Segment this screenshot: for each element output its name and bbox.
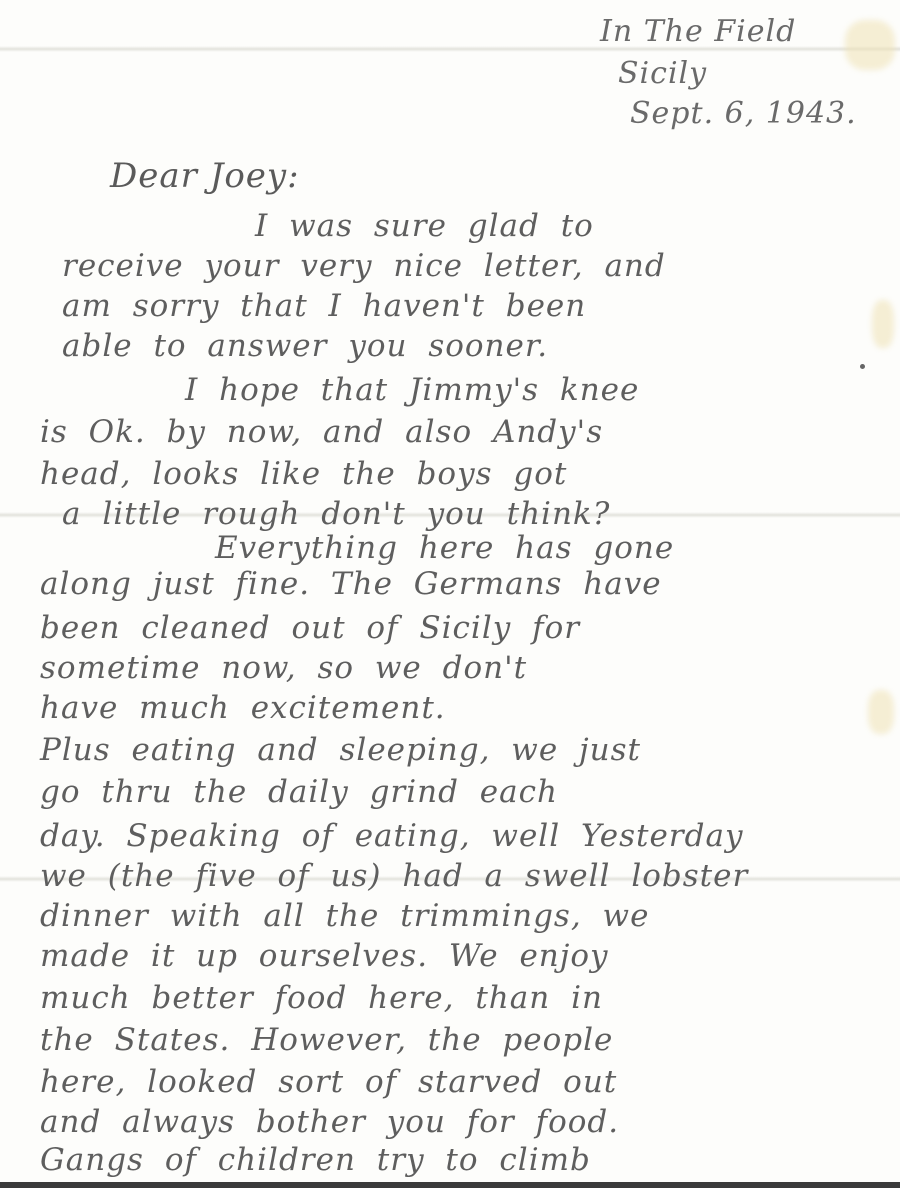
- body-line: head, looks like the boys got: [40, 456, 567, 492]
- body-line: sometime now, so we don't: [40, 650, 527, 686]
- letter-paper: In The Field Sicily Sept. 6, 1943. Dear …: [0, 0, 900, 1182]
- body-line: go thru the daily grind each: [40, 774, 558, 810]
- scan-bottom-edge: [0, 1182, 900, 1188]
- ink-spot: [860, 364, 865, 369]
- body-line: and always bother you for food.: [40, 1104, 619, 1140]
- body-line: day. Speaking of eating, well Yesterday: [40, 818, 743, 854]
- body-line: is Ok. by now, and also Andy's: [40, 414, 603, 450]
- body-line: made it up ourselves. We enjoy: [40, 938, 609, 974]
- paper-stain: [872, 300, 894, 348]
- body-line: dinner with all the trimmings, we: [40, 898, 649, 934]
- body-line: I was sure glad to: [255, 208, 594, 244]
- header-location-2: Sicily: [618, 56, 707, 91]
- body-line: I hope that Jimmy's knee: [185, 372, 639, 408]
- body-line: receive your very nice letter, and: [62, 248, 666, 284]
- header-location-1: In The Field: [600, 14, 796, 49]
- body-line: able to answer you sooner.: [62, 328, 548, 364]
- header-date: Sept. 6, 1943.: [630, 96, 857, 131]
- body-line: we (the five of us) had a swell lobster: [40, 858, 748, 894]
- body-line: a little rough don't you think?: [62, 496, 610, 532]
- body-line: have much excitement.: [40, 690, 446, 726]
- body-line: here, looked sort of starved out: [40, 1064, 617, 1100]
- salutation: Dear Joey:: [110, 156, 300, 196]
- body-line: Everything here has gone: [215, 530, 674, 566]
- paper-stain: [868, 690, 894, 734]
- body-line: Plus eating and sleeping, we just: [40, 732, 641, 768]
- body-line: along just fine. The Germans have: [40, 566, 662, 602]
- body-line: much better food here, than in: [40, 980, 603, 1016]
- body-line: am sorry that I haven't been: [62, 288, 586, 324]
- paper-stain: [845, 20, 895, 70]
- body-line: been cleaned out of Sicily for: [40, 610, 580, 646]
- body-line: Gangs of children try to climb: [40, 1142, 591, 1178]
- body-line: the States. However, the people: [40, 1022, 613, 1058]
